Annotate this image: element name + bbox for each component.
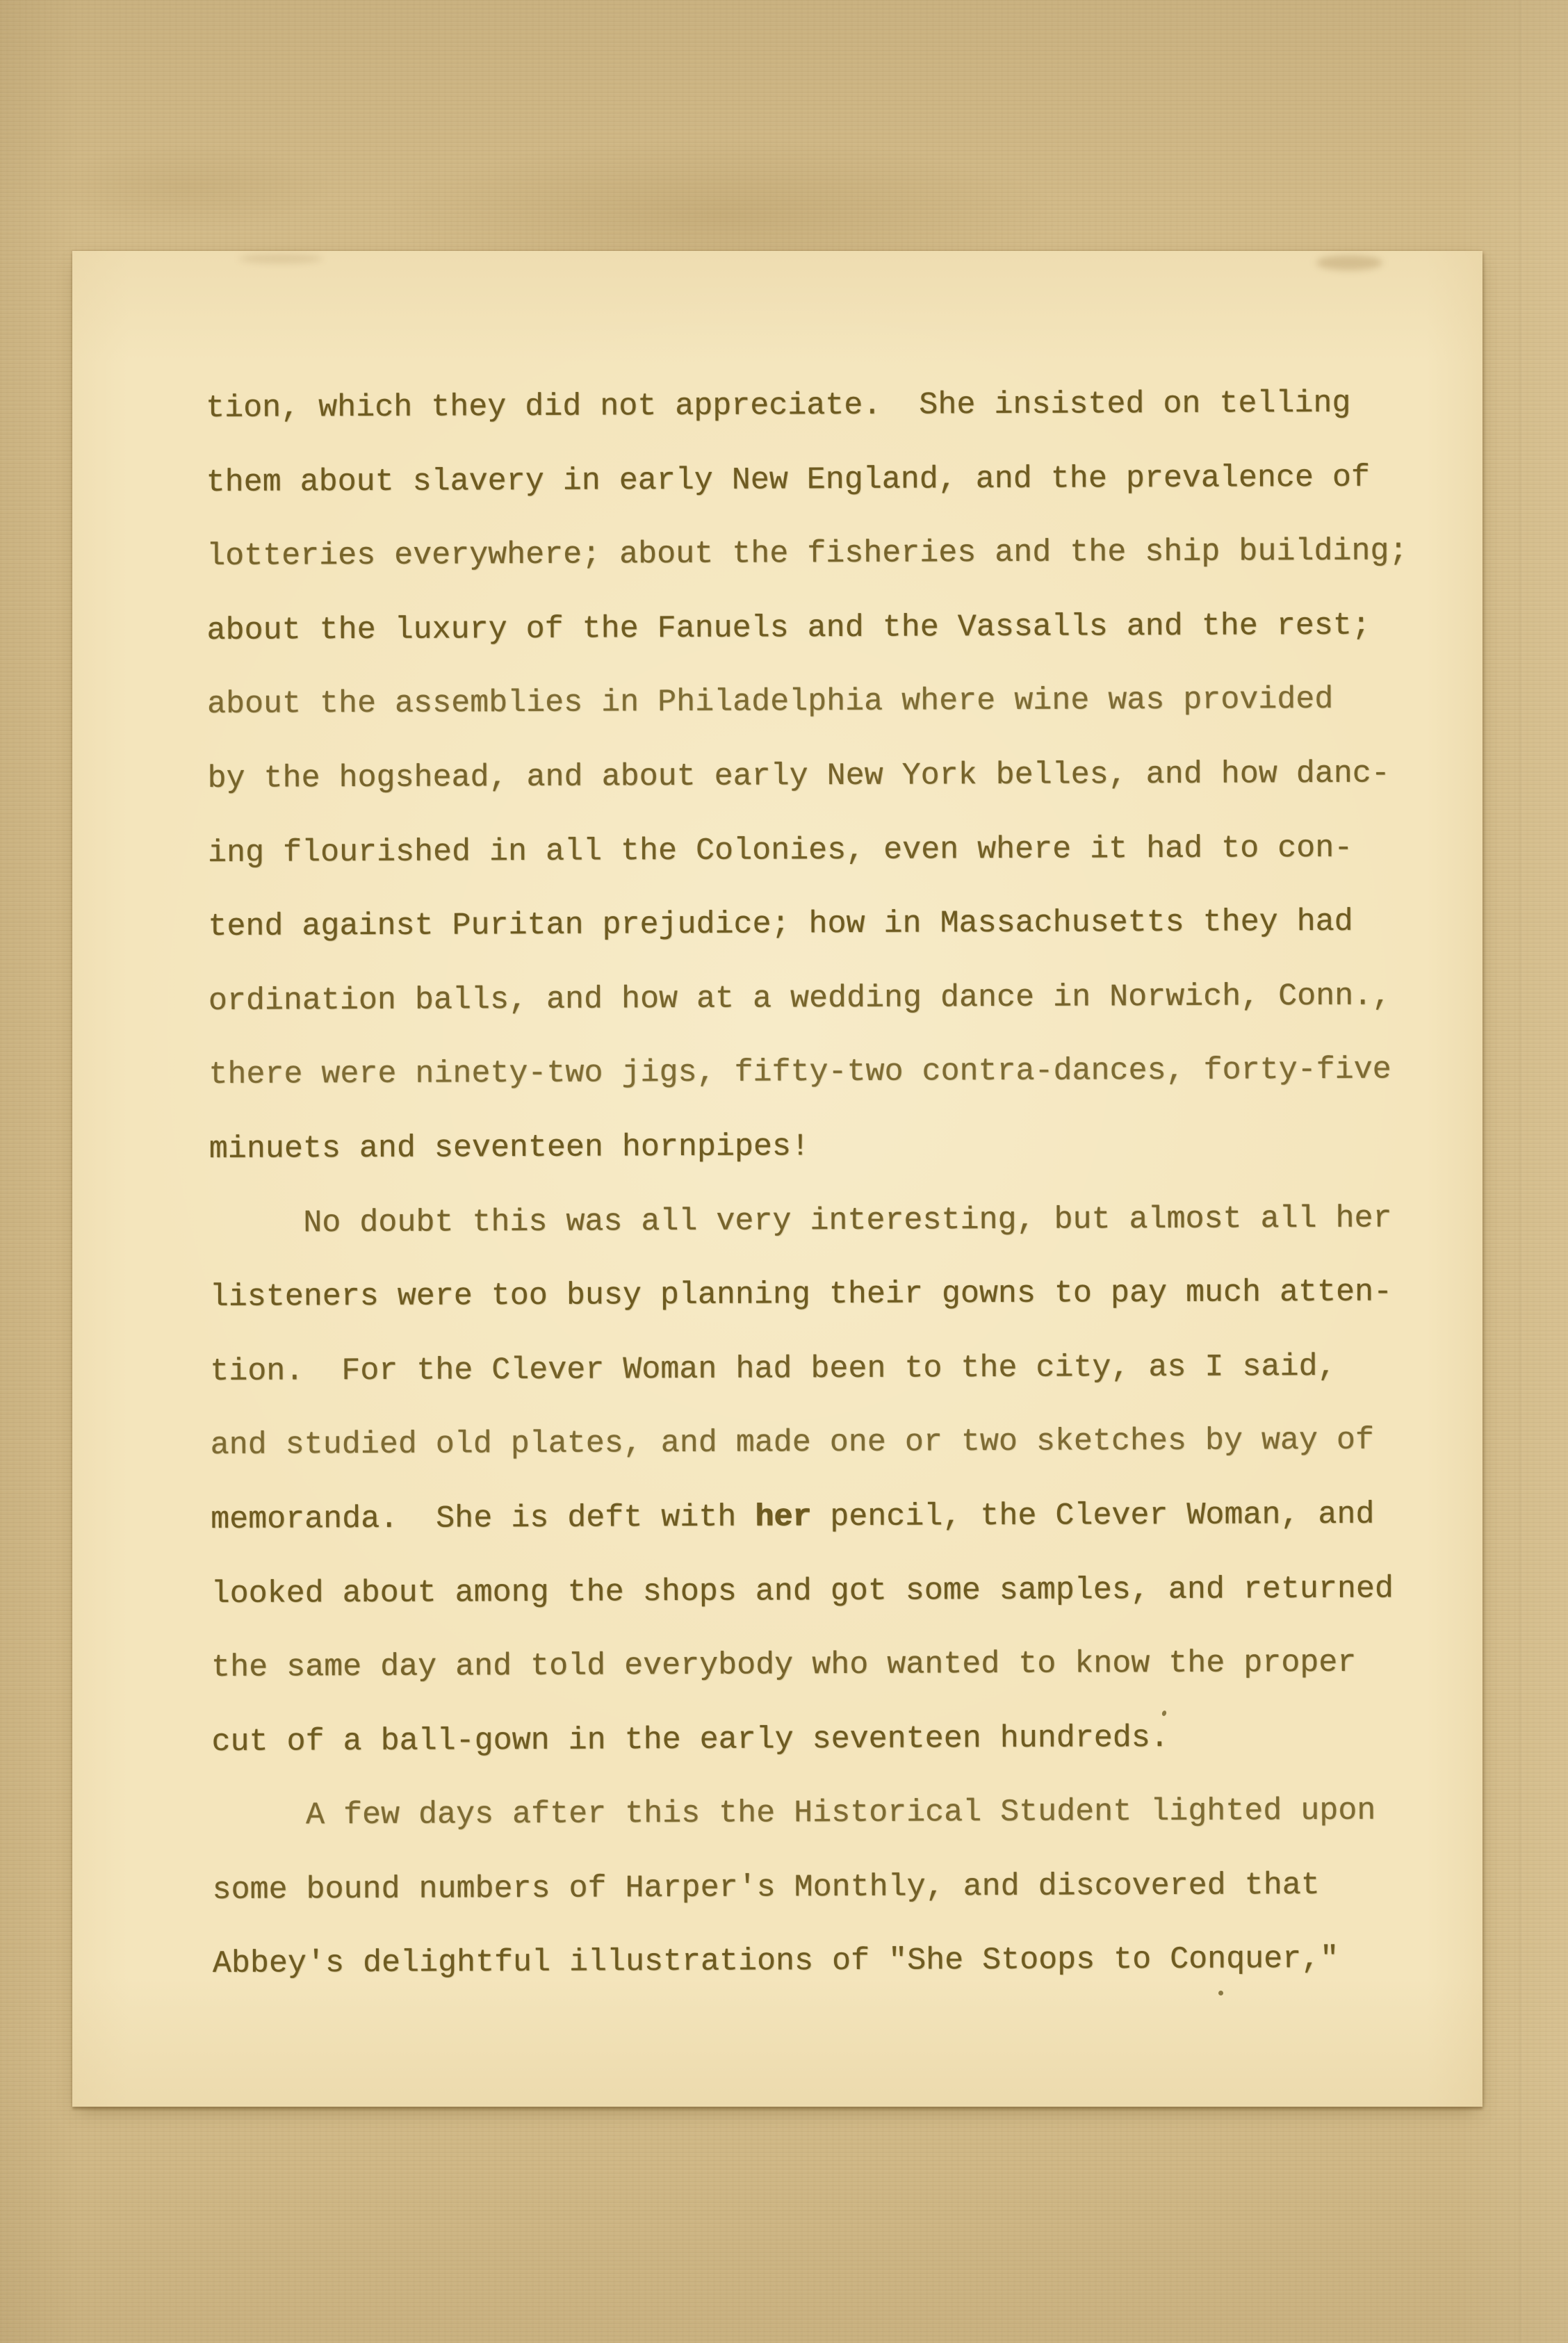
mat-crease-line [1519,0,1522,2343]
text-line: tion. For the Clever Woman had been to t… [210,1330,1412,1409]
text-line: listeners were too busy planning their g… [210,1256,1412,1335]
text-line: No doubt this was all very interesting, … [209,1182,1411,1261]
text-line: and studied old plates, and made one or … [211,1404,1412,1483]
text-line: tend against Puritan prejudice; how in M… [208,885,1410,965]
paper-edge-smudge [1316,255,1382,270]
paper-edge-smudge [239,254,322,263]
text-line: ordination balls, and how at a wedding d… [209,959,1410,1038]
text-line: them about slavery in early New England,… [206,441,1407,520]
manuscript-page: tion, which they did not appreciate. She… [72,251,1483,2107]
text-line: tion, which they did not appreciate. She… [206,366,1407,446]
text-line: minuets and seventeen hornpipes! [209,1107,1411,1186]
text-line: memoranda. She is deft with her pencil, … [211,1478,1412,1557]
text-line: lotteries everywhere; about the fisherie… [206,515,1408,594]
overstruck-word: her [755,1499,811,1535]
text-line: looked about among the shops and got som… [211,1552,1412,1631]
stray-ink-dot [1218,1991,1223,1995]
text-line: about the luxury of the Fanuels and the … [206,589,1408,668]
text-line: cut of a ball-gown in the early seventee… [211,1700,1413,1779]
text-line: Abbey's delightful illustrations of "She… [213,1922,1414,2002]
text-line: about the assemblies in Philadelphia whe… [207,663,1409,742]
text-line: the same day and told everybody who want… [211,1626,1413,1706]
text-line: some bound numbers of Harper's Monthly, … [212,1848,1414,1927]
typed-text-block: tion, which they did not appreciate. She… [206,366,1414,2002]
text-line: by the hogshead, and about early New Yor… [207,737,1409,816]
text-line: A few days after this the Historical Stu… [212,1774,1414,1854]
text-line: there were ninety-two jigs, fifty-two co… [209,1034,1410,1113]
text-line: ing flourished in all the Colonies, even… [208,811,1410,890]
